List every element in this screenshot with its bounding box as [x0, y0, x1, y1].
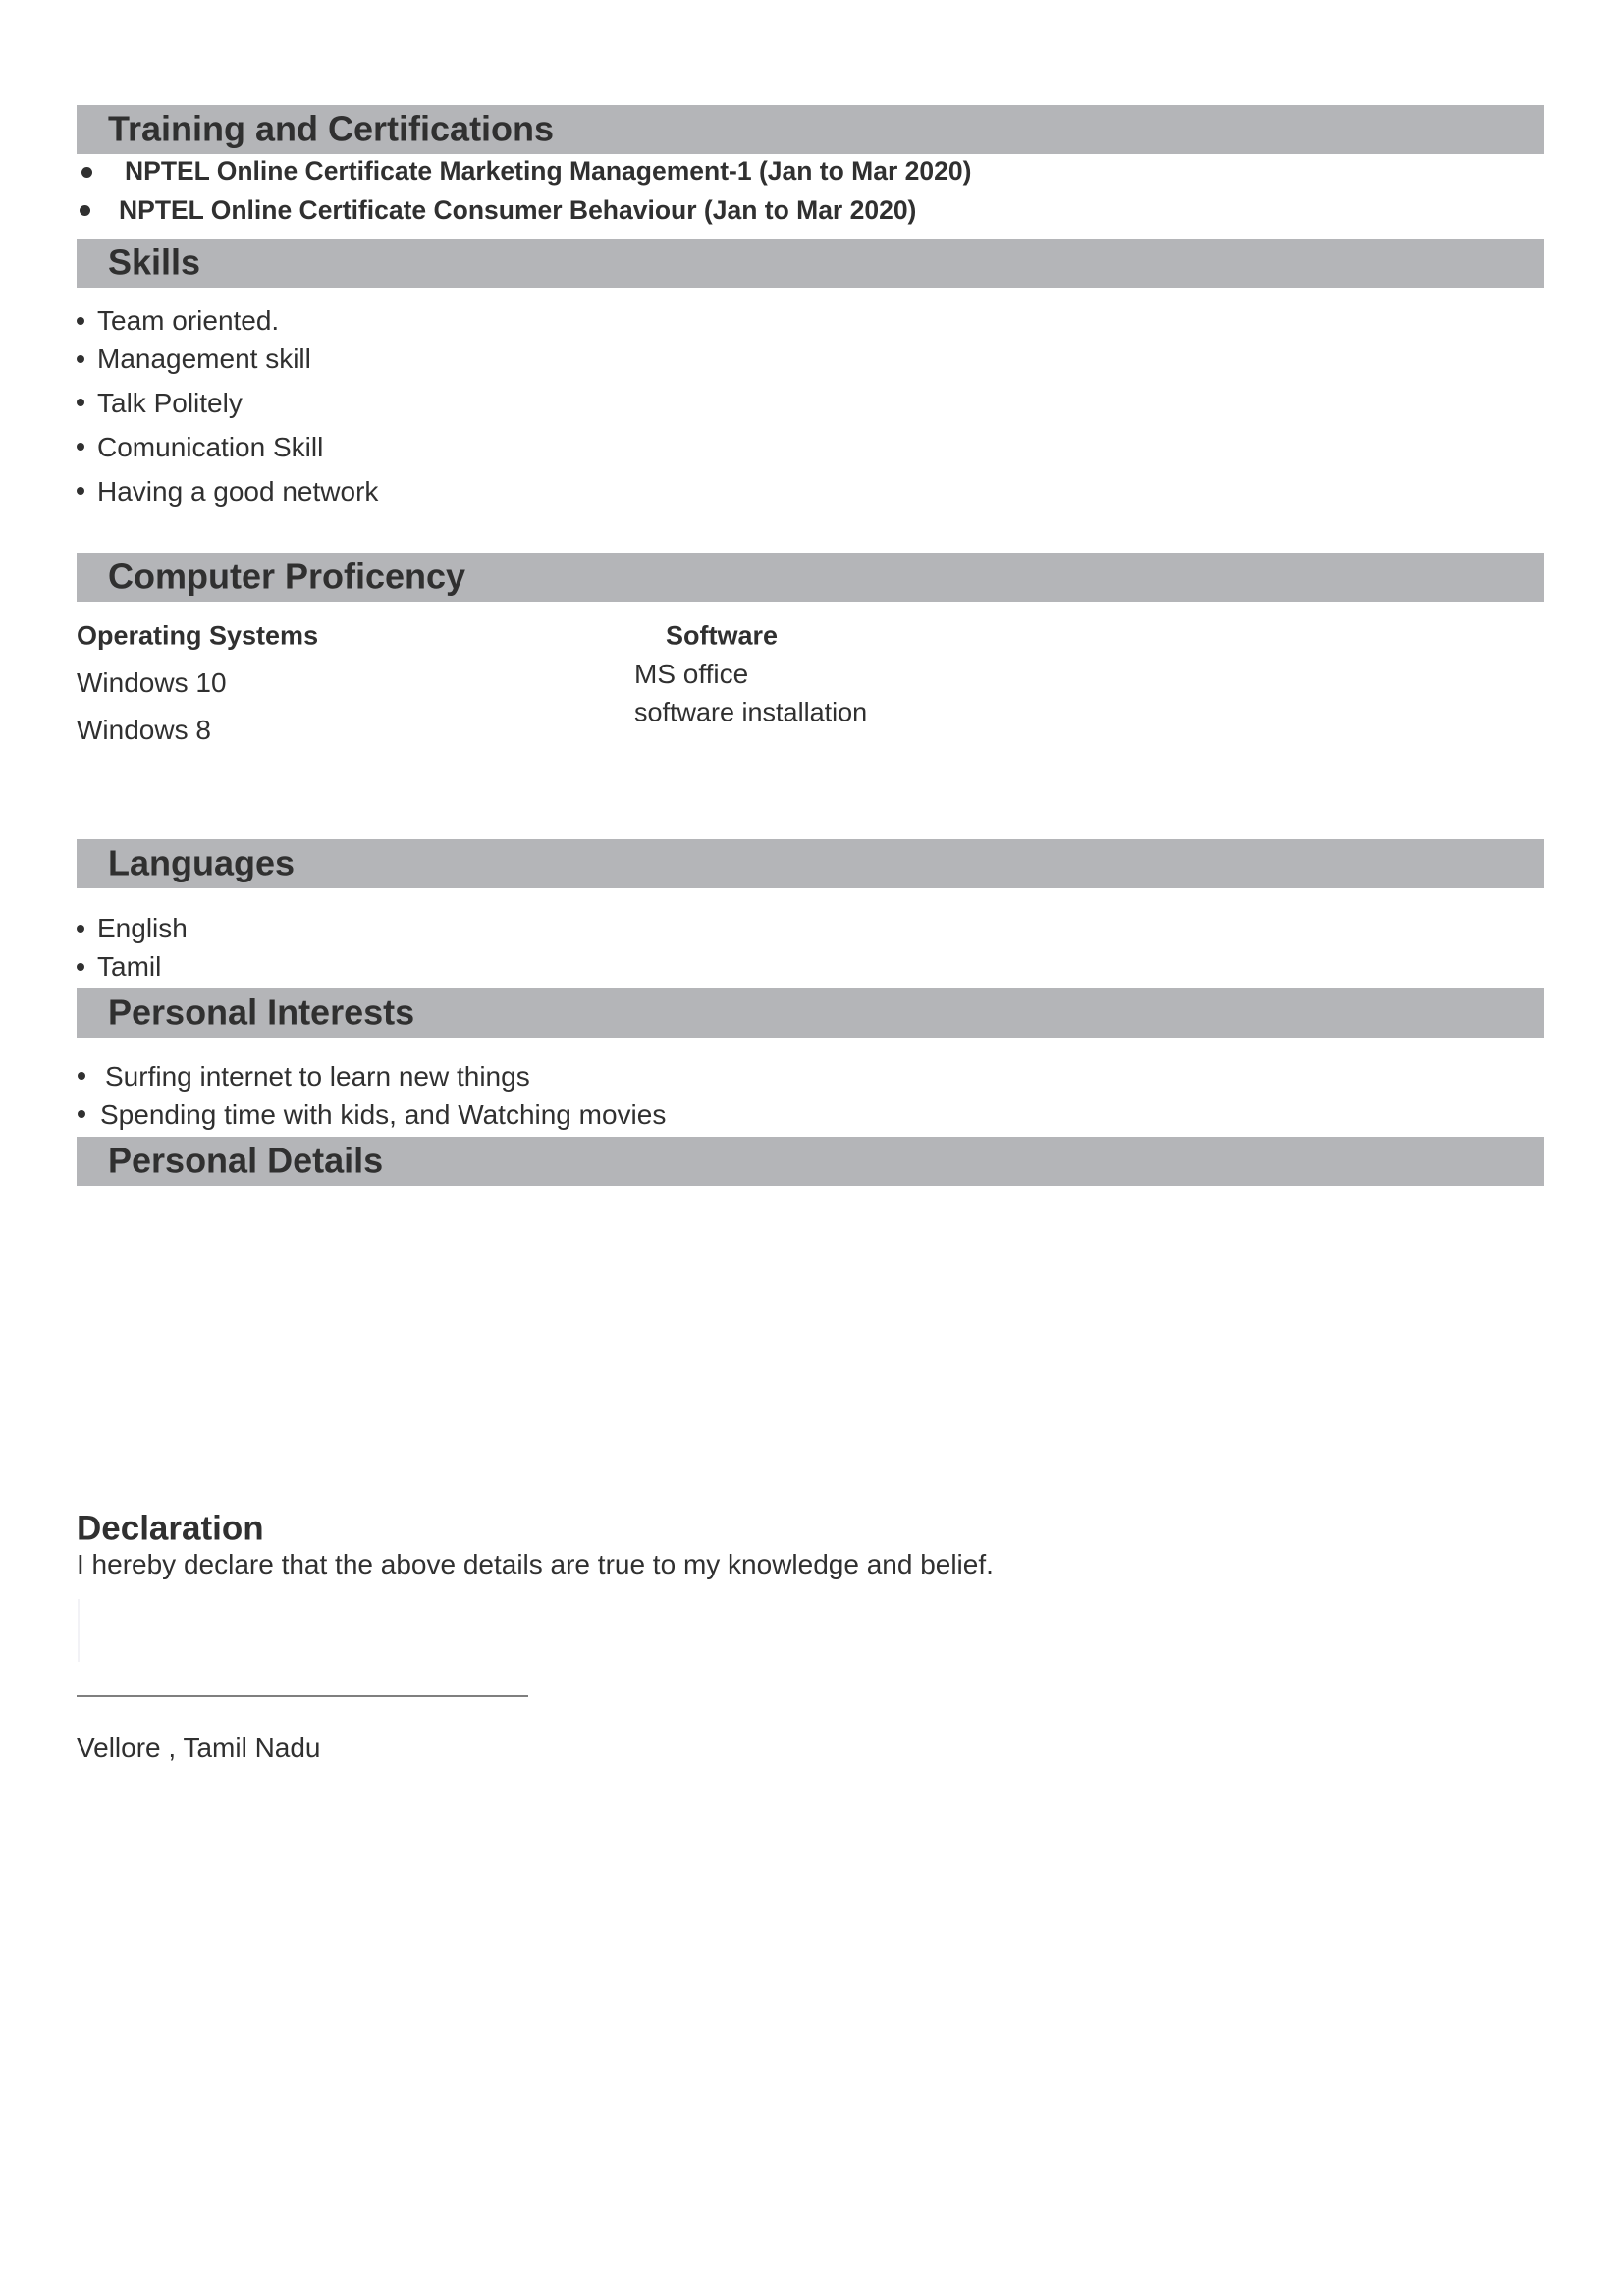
certification-item: NPTEL Online Certificate Marketing Manag… [125, 158, 971, 185]
bullet-icon [78, 1072, 85, 1080]
bullet-icon [77, 399, 84, 406]
software-item: software installation [634, 700, 867, 726]
skill-item: Management skill [97, 346, 311, 373]
os-item: Windows 8 [77, 717, 211, 744]
section-header-personal-details: Personal Details [77, 1137, 1544, 1186]
skill-item: Having a good network [97, 478, 378, 506]
language-item: English [97, 915, 188, 942]
bullet-icon [77, 925, 84, 933]
section-header-personal-interests: Personal Interests [77, 988, 1544, 1038]
software-item: MS office [634, 661, 748, 688]
os-heading: Operating Systems [77, 623, 318, 650]
section-title: Skills [108, 244, 200, 280]
bullet-icon [77, 355, 84, 363]
bullet-icon [77, 487, 84, 495]
section-header-skills: Skills [77, 239, 1544, 288]
software-heading: Software [666, 623, 778, 650]
section-header-languages: Languages [77, 839, 1544, 888]
bullet-icon [77, 317, 84, 325]
section-title: Computer Proficency [108, 559, 465, 594]
place-text: Vellore , Tamil Nadu [77, 1735, 321, 1762]
os-item: Windows 10 [77, 669, 227, 697]
bullet-icon [78, 1110, 85, 1118]
language-item: Tamil [97, 953, 161, 981]
certification-item: NPTEL Online Certificate Consumer Behavi… [119, 197, 916, 224]
interest-item: Surfing internet to learn new things [105, 1063, 530, 1091]
signature-line [77, 1695, 528, 1697]
skill-item: Team oriented. [97, 307, 279, 335]
bullet-icon [80, 205, 90, 216]
skill-item: Comunication Skill [97, 434, 323, 461]
section-title: Personal Details [108, 1143, 383, 1178]
section-title: Languages [108, 845, 295, 881]
signature-area [78, 1599, 80, 1662]
declaration-text: I hereby declare that the above details … [77, 1551, 994, 1578]
declaration-heading: Declaration [77, 1512, 264, 1546]
bullet-icon [81, 167, 92, 178]
skill-item: Talk Politely [97, 390, 243, 417]
section-title: Training and Certifications [108, 111, 554, 146]
section-header-computer-proficiency: Computer Proficency [77, 553, 1544, 602]
section-header-training: Training and Certifications [77, 105, 1544, 154]
bullet-icon [77, 443, 84, 451]
interest-item: Spending time with kids, and Watching mo… [100, 1101, 666, 1129]
section-title: Personal Interests [108, 994, 414, 1030]
bullet-icon [77, 963, 84, 971]
